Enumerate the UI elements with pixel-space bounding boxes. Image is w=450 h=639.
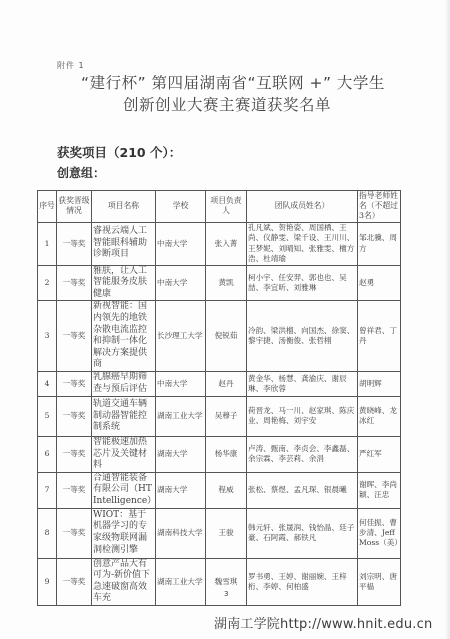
cell-award: 一等奖	[57, 396, 92, 436]
section-heading: 获奖项目（210 个）：	[57, 143, 181, 161]
cell-school: 湖南科技大学	[156, 508, 206, 558]
cell-award: 一等奖	[57, 301, 92, 372]
cell-school: 中南大学	[156, 265, 206, 301]
table-row: 3 一等奖 新视智能：国内领先的地铁杂散电流监控和抑制一体化解决方案提供商 长沙…	[38, 301, 401, 372]
cell-project: 新视智能：国内领先的地铁杂散电流监控和抑制一体化解决方案提供商	[92, 301, 156, 372]
document-title-line-2: 创新创业大赛主赛道获奖名单	[2, 93, 450, 115]
cell-index: 8	[38, 508, 57, 558]
cell-award: 一等奖	[57, 371, 92, 396]
group-heading: 创意组：	[57, 164, 105, 181]
table-row: 1 一等奖 睿视云端人工智能眼科辅助诊断项目 中南大学 张入菁 孔凡斌、贺艳姿、…	[38, 222, 401, 265]
cell-advisor: 严红军	[358, 436, 401, 472]
header-school: 学校	[156, 191, 206, 223]
cell-award: 一等奖	[57, 472, 92, 508]
cell-index: 5	[38, 396, 57, 436]
cell-school: 长沙理工大学	[156, 301, 206, 372]
cell-index: 9	[38, 558, 57, 605]
cell-leader: 程威	[206, 472, 247, 508]
cell-school: 湖南大学	[156, 472, 206, 508]
cell-advisor: 曾祥君、丁丹	[358, 301, 401, 372]
table-row: 8 一等奖 WIOT：基于机器学习的专家级物联网漏洞检测引擎 湖南科技大学 王骏…	[38, 508, 401, 558]
cell-project: 创意产品大有可为-新价值下急速破窗高效车充	[92, 558, 156, 605]
cell-advisor: 胡明辉	[358, 371, 401, 396]
header-project: 项目名称	[92, 191, 156, 223]
cell-leader: 吴穆子	[206, 396, 247, 436]
awards-table: 序号 获奖晋级情况 项目名称 学校 项目负责人 团队成员姓名） 指导老师姓名（不…	[37, 190, 401, 606]
cell-team: 柯小宇、任安羿、郭也也、吴喆、李宜昕、刘雅琳	[247, 265, 358, 301]
cell-project: 雅肤，让人工智能服务皮肤健康	[92, 265, 156, 301]
cell-leader: 倪锐茹	[206, 301, 247, 372]
cell-advisor: 邹北骥、周方	[358, 222, 401, 265]
cell-school: 湖南大学	[156, 436, 206, 472]
cell-index: 4	[38, 371, 57, 396]
header-leader: 项目负责人	[206, 191, 247, 223]
attachment-label: 附件 1	[57, 60, 85, 71]
cell-project: 智能极速加热芯片及关键材料	[92, 436, 156, 472]
cell-index: 2	[38, 265, 57, 301]
table-row: 9 一等奖 创意产品大有可为-新价值下急速破窗高效车充 湖南工业大学 魏雪琪 罗…	[38, 558, 401, 605]
cell-advisor: 刘宗明、唐平榀	[358, 558, 401, 605]
cell-award: 一等奖	[57, 265, 92, 301]
cell-advisor: 赵勇	[358, 265, 401, 301]
cell-leader: 杨华康	[206, 436, 247, 472]
cell-leader: 魏雪琪	[206, 558, 247, 605]
cell-leader: 王骏	[206, 508, 247, 558]
cell-project: 合通智能装备有限公司（HT Intelligence）	[92, 472, 156, 508]
cell-advisor: 黄晓峰、龙冰红	[358, 396, 401, 436]
table-row: 5 一等奖 轨道交通车辆制动器智能控制系统 湖南工业大学 吴穆子 荷晋龙、马一川…	[38, 396, 401, 436]
table-row: 6 一等奖 智能极速加热芯片及关键材料 湖南大学 杨华康 卢涛、甄南、李贞会、李…	[38, 436, 401, 472]
cell-project: WIOT：基于机器学习的专家级物联网漏洞检测引擎	[92, 508, 156, 558]
cell-school: 湖南工业大学	[156, 396, 206, 436]
page-number: 3	[224, 590, 228, 598]
cell-team: 卢涛、甄南、李贞会、李鑫磊、余宗霖、李芸莉、余涓	[247, 436, 358, 472]
document-page: 附件 1 “建行杯” 第四届湖南省“互联网 +” 大学生 创新创业大赛主赛道获奖…	[0, 0, 450, 639]
cell-project: 睿视云端人工智能眼科辅助诊断项目	[92, 222, 156, 265]
cell-award: 一等奖	[57, 508, 92, 558]
cell-school: 湖南工业大学	[156, 558, 206, 605]
table-row: 2 一等奖 雅肤，让人工智能服务皮肤健康 中南大学 黄凯 柯小宇、任安羿、郭也也…	[38, 265, 401, 301]
cell-school: 中南大学	[156, 222, 206, 265]
cell-award: 一等奖	[57, 436, 92, 472]
cell-index: 3	[38, 301, 57, 372]
header-advisor: 指导老师姓名（不超过3名）	[358, 191, 401, 223]
source-watermark: 湖南工学院http://www.hnit.edu.cn	[214, 613, 432, 632]
cell-award: 一等奖	[57, 558, 92, 605]
cell-team: 罗书勇、王婷、谢丽婉、王梓桁、李婷、何柏盛	[247, 558, 358, 605]
cell-leader: 赵丹	[206, 371, 247, 396]
cell-advisor: 谢晖、李尚颖、汪忠	[358, 472, 401, 508]
header-index: 序号	[38, 191, 57, 223]
cell-team: 孔凡斌、贺艳姿、周国栖、王尚、仪静雯、梁千设、王川川、王梦妮、刘晴知、张雅雯、檀…	[247, 222, 358, 265]
document-title-line-1: “建行杯” 第四届湖南省“互联网 +” 大学生	[8, 71, 450, 93]
cell-school: 中南大学	[156, 371, 206, 396]
cell-team: 荷晋龙、马一川、赵家琪、陈庆业、周艳梅、刘宇安	[247, 396, 358, 436]
cell-team: 黄金华、杨慧、龚渝庆、谢辰琳、李欣蓉	[247, 371, 358, 396]
cell-advisor: 何佳振、曹步清、Jeff Moss（美）	[358, 508, 401, 558]
cell-leader: 黄凯	[206, 265, 247, 301]
cell-index: 6	[38, 436, 57, 472]
table-row: 4 一等奖 乳腺癌早期筛查与预后评估 中南大学 赵丹 黄金华、杨慧、龚渝庆、谢辰…	[38, 371, 401, 396]
header-team: 团队成员姓名）	[247, 191, 358, 223]
cell-award: 一等奖	[57, 222, 92, 265]
cell-index: 1	[38, 222, 57, 265]
cell-team: 韩元轩、张晟润、钱怡晶、廷子豪、石阿霞、郝铁凡	[247, 508, 358, 558]
table-row: 7 一等奖 合通智能装备有限公司（HT Intelligence） 湖南大学 程…	[38, 472, 401, 508]
cell-team: 冷韵、梁洪榴、向国杰、徐窦、黎宇捷、汤衡俊、张哲栩	[247, 301, 358, 372]
table-header-row: 序号 获奖晋级情况 项目名称 学校 项目负责人 团队成员姓名） 指导老师姓名（不…	[38, 191, 401, 223]
header-award: 获奖晋级情况	[57, 191, 92, 223]
cell-leader: 张入菁	[206, 222, 247, 265]
cell-index: 7	[38, 472, 57, 508]
cell-team: 张松、蔡煜、孟凡琛、银晨曦	[247, 472, 358, 508]
cell-project: 轨道交通车辆制动器智能控制系统	[92, 396, 156, 436]
cell-project: 乳腺癌早期筛查与预后评估	[92, 371, 156, 396]
